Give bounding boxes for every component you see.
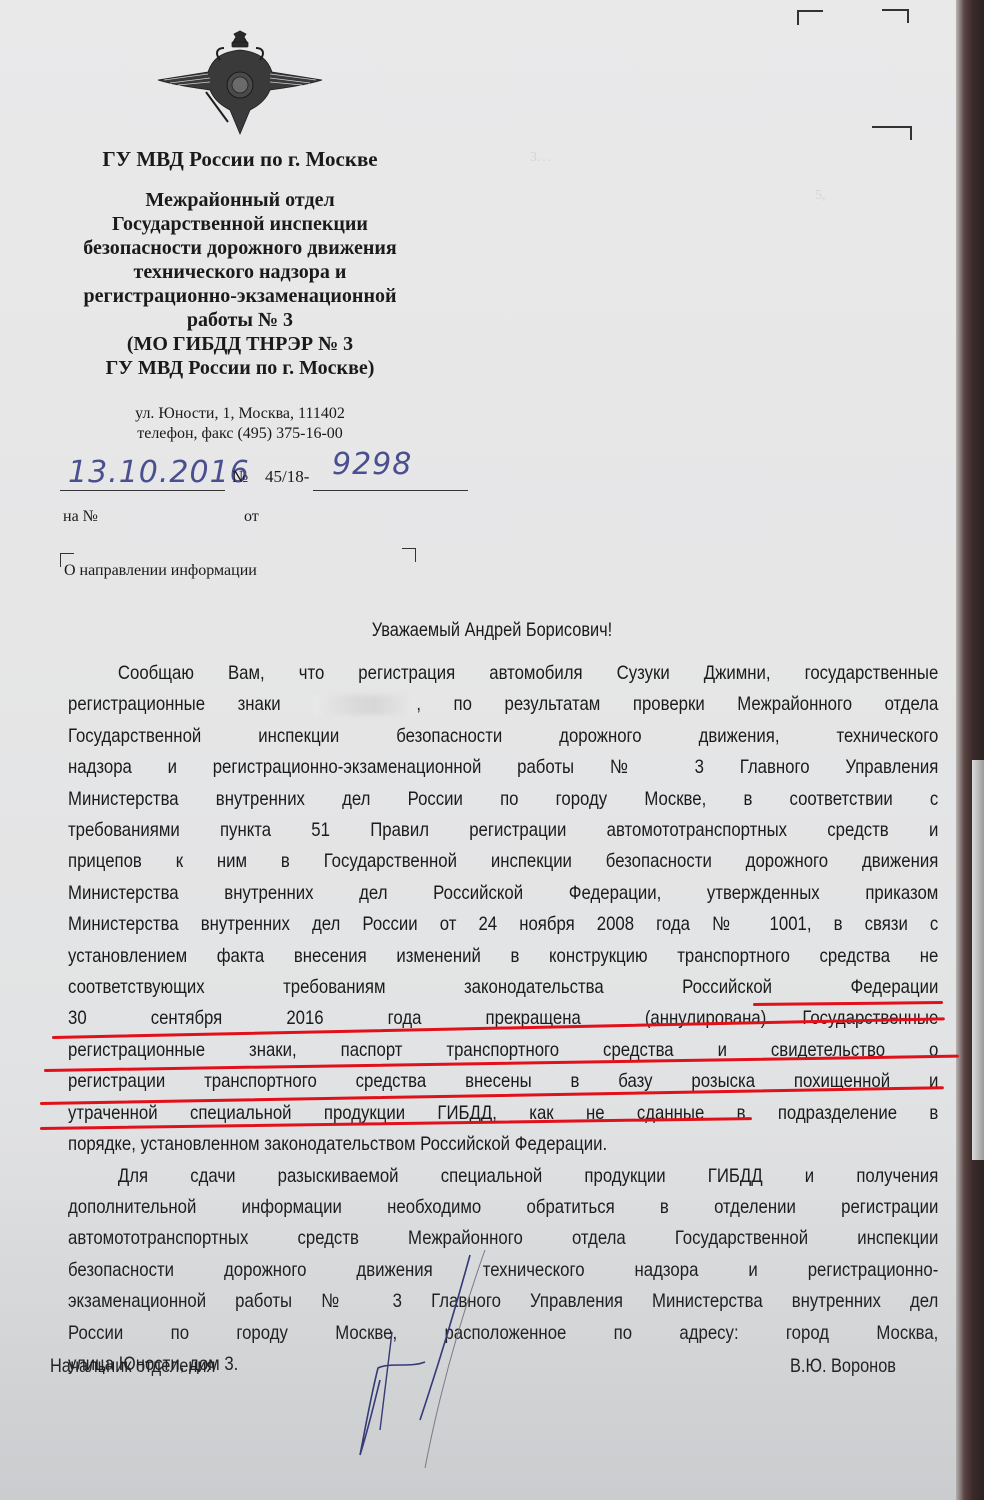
photo-background-edge xyxy=(956,0,984,1500)
double-headed-eagle-emblem-icon xyxy=(150,30,330,140)
reference-date-label: от xyxy=(244,508,259,526)
body-line: Министерства внутренних дел России по го… xyxy=(68,784,938,815)
number-label: № xyxy=(232,467,248,487)
org-line: безопасности дорожного движения xyxy=(40,236,440,260)
org-line: (МО ГИБДД ТНРЭР № 3 xyxy=(40,332,440,356)
body-line: дополнительной информации необходимо обр… xyxy=(68,1192,938,1223)
faint-show-through-text: З… xyxy=(530,150,551,166)
body-line: Государственной инспекции безопасности д… xyxy=(68,721,938,752)
highlighted-line: порядке, установленном законодательством… xyxy=(68,1129,938,1160)
org-subdivision: Межрайонный отдел Государственной инспек… xyxy=(40,188,440,380)
reference-number-label: на № xyxy=(63,508,98,526)
number-prefix: 45/18- xyxy=(265,467,309,487)
faint-show-through-text: 5, xyxy=(815,188,826,204)
org-contacts: ул. Юности, 1, Москва, 111402 телефон, ф… xyxy=(40,404,440,444)
body-line: установлением факта внесения изменений в… xyxy=(68,941,938,972)
page-curl-shadow xyxy=(972,760,984,1160)
body-line: автомототранспортных средств Межрайонног… xyxy=(68,1223,938,1254)
address-corner-mark-lower xyxy=(872,126,912,140)
body-line: безопасности дорожного движения техничес… xyxy=(68,1255,938,1286)
body-line: надзора и регистрационно-экзаменационной… xyxy=(68,752,938,783)
handwritten-number: 9298 xyxy=(332,447,412,482)
number-underline xyxy=(313,490,468,491)
org-address: ул. Юности, 1, Москва, 111402 xyxy=(40,404,440,424)
body-line: регистрационные знаки , по результатам п… xyxy=(68,689,938,720)
body-text: , по результатам проверки Межрайонного о… xyxy=(416,693,938,715)
body-line: экзаменационной работы № 3 Главного Упра… xyxy=(68,1286,938,1317)
org-phone: телефон, факс (495) 375-16-00 xyxy=(40,424,440,444)
org-line: работы № 3 xyxy=(40,308,440,332)
address-corner-mark-left xyxy=(797,10,823,25)
signatory-name: В.Ю. Воронов xyxy=(790,1356,896,1378)
body-line: Министерства внутренних дел Российской Ф… xyxy=(68,878,938,909)
registration-number-line: 13.10.2016 № 45/18- 9298 xyxy=(60,455,420,495)
date-underline xyxy=(60,490,225,491)
org-line: технического надзора и xyxy=(40,260,440,284)
org-line: ГУ МВД России по г. Москве) xyxy=(40,356,440,380)
letter-subject: О направлении информации xyxy=(64,562,257,580)
org-line: регистрационно-экзаменационной xyxy=(40,284,440,308)
org-line: Межрайонный отдел xyxy=(40,188,440,212)
handwritten-date: 13.10.2016 xyxy=(68,455,250,490)
org-line: Государственной инспекции xyxy=(40,212,440,236)
body-text: 30 сентября 2016 года прекращена (аннули… xyxy=(68,1007,771,1029)
org-title: ГУ МВД России по г. Москве xyxy=(40,146,440,172)
signatory-title: Начальник отделения xyxy=(50,1356,215,1378)
address-corner-mark-right xyxy=(882,9,909,23)
handwritten-signature xyxy=(340,1250,500,1470)
body-line: Сообщаю Вам, что регистрация автомобиля … xyxy=(68,658,938,689)
body-line: прицепов к ним в Государственной инспекц… xyxy=(68,846,938,877)
body-line: соответствующих требованиям законодатель… xyxy=(68,972,938,1003)
letterhead: ГУ МВД России по г. Москве Межрайонный о… xyxy=(40,30,440,444)
body-line: требованиями пункта 51 Правил регистраци… xyxy=(68,815,938,846)
greeting: Уважаемый Андрей Борисович! xyxy=(69,620,915,642)
body-text: регистрационные знаки xyxy=(68,693,281,715)
body-line: Министерства внутренних дел России от 24… xyxy=(68,909,938,940)
subject-corner-right xyxy=(402,548,416,562)
body-line: России по городу Москве, расположенное п… xyxy=(68,1318,938,1349)
redacted-plate-number xyxy=(313,695,416,715)
body-line: Для сдачи разыскиваемой специальной прод… xyxy=(68,1161,938,1192)
